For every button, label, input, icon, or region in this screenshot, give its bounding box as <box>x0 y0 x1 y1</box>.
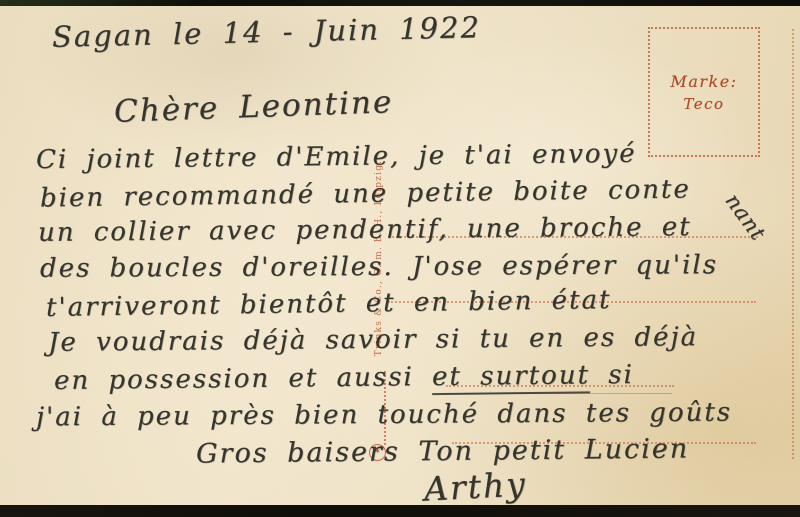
handwritten-line: bien recommandé une petite boite conte <box>40 174 691 213</box>
underlined-phrase: et surtout <box>432 360 590 395</box>
handwritten-line: des boucles d'oreilles. J'ose espérer qu… <box>40 250 718 284</box>
handwritten-line: t'arriveront bientôt et en bien état <box>46 285 612 323</box>
right-edge-dotted-line <box>792 29 794 459</box>
stamp-box-label: Marke: <box>670 72 737 91</box>
line7-pre: en possession et aussi <box>54 362 432 396</box>
handwritten-line: en possession et aussi et surtout si <box>54 360 634 396</box>
handwritten-line: Ci joint lettre d'Emile, je t'ai envoyé <box>36 139 637 175</box>
handwritten-line: Je voudrais déjà savoir si tu en es déjà <box>48 322 698 358</box>
postcard-paper: Marke: Teco Trinks & Co., G. m. b. H., L… <box>0 5 800 506</box>
signature: Arthy <box>423 464 528 508</box>
salutation: Chère Leontine <box>113 84 393 130</box>
closing-line: Gros baisers Ton petit Lucien <box>196 433 689 469</box>
line7-post: si <box>590 360 634 390</box>
top-scan-edge <box>0 0 800 6</box>
handwritten-line: j'ai à peu près bien touché dans tes goû… <box>36 398 732 433</box>
postcard-scan: Marke: Teco Trinks & Co., G. m. b. H., L… <box>0 0 800 517</box>
dateline: Sagan le 14 - Juin 1922 <box>52 10 482 54</box>
handwritten-line: un collier avec pendentif, une broche et <box>38 212 692 248</box>
bottom-scan-edge <box>0 505 800 517</box>
stamp-box-brand: Teco <box>683 95 724 113</box>
stamp-box: Marke: Teco <box>648 27 760 157</box>
